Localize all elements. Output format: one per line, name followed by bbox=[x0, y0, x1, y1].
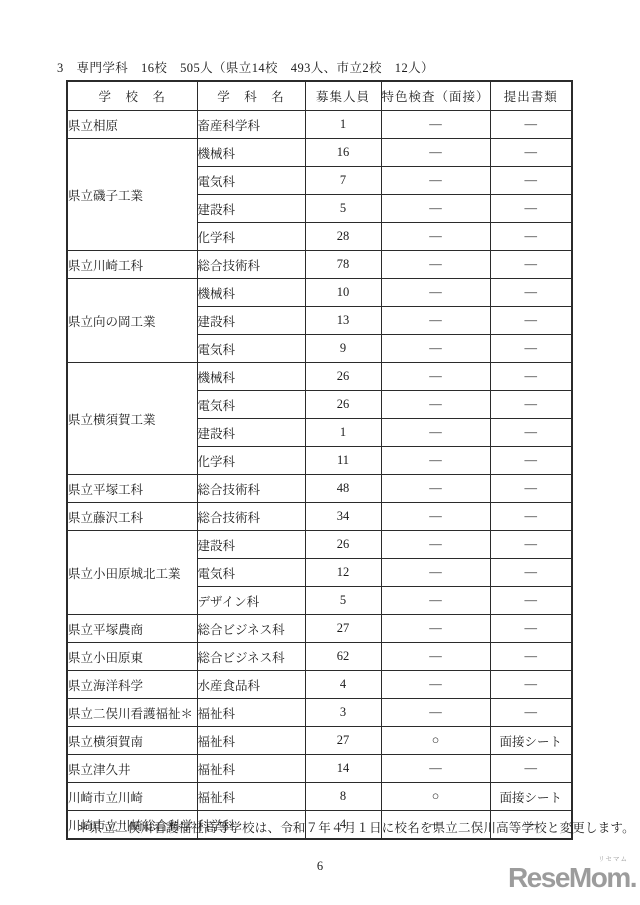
documents-cell: — bbox=[490, 195, 572, 223]
department-cell: 福祉科 bbox=[197, 783, 305, 811]
exam-cell: — bbox=[381, 391, 490, 419]
school-name-cell: 県立川崎工科 bbox=[67, 251, 197, 279]
department-cell: デザイン科 bbox=[197, 587, 305, 615]
capacity-cell: 16 bbox=[305, 139, 381, 167]
column-header: 特色検査（面接） bbox=[381, 81, 490, 111]
department-cell: 電気科 bbox=[197, 391, 305, 419]
capacity-cell: 28 bbox=[305, 223, 381, 251]
department-cell: 機械科 bbox=[197, 139, 305, 167]
exam-cell: ○ bbox=[381, 783, 490, 811]
exam-cell: — bbox=[381, 615, 490, 643]
table-header-row: 学 校 名学 科 名募集人員特色検査（面接）提出書類 bbox=[67, 81, 572, 111]
department-cell: 総合技術科 bbox=[197, 503, 305, 531]
department-cell: 総合ビジネス科 bbox=[197, 615, 305, 643]
documents-cell: — bbox=[490, 643, 572, 671]
department-cell: 水産食品科 bbox=[197, 671, 305, 699]
department-cell: 総合ビジネス科 bbox=[197, 643, 305, 671]
table-row: 県立藤沢工科総合技術科34—— bbox=[67, 503, 572, 531]
documents-cell: — bbox=[490, 447, 572, 475]
table-row: 県立二俣川看護福祉＊福祉科3—— bbox=[67, 699, 572, 727]
department-cell: 建設科 bbox=[197, 195, 305, 223]
column-header: 学 科 名 bbox=[197, 81, 305, 111]
capacity-cell: 34 bbox=[305, 503, 381, 531]
capacity-cell: 5 bbox=[305, 195, 381, 223]
capacity-cell: 1 bbox=[305, 419, 381, 447]
department-cell: 機械科 bbox=[197, 363, 305, 391]
department-cell: 建設科 bbox=[197, 419, 305, 447]
table-row: 県立横須賀南福祉科27○面接シート bbox=[67, 727, 572, 755]
department-cell: 化学科 bbox=[197, 223, 305, 251]
exam-cell: — bbox=[381, 195, 490, 223]
school-name-cell: 県立二俣川看護福祉＊ bbox=[67, 699, 197, 727]
school-name-cell: 県立磯子工業 bbox=[67, 139, 197, 251]
exam-cell: — bbox=[381, 671, 490, 699]
capacity-cell: 48 bbox=[305, 475, 381, 503]
document-page: 3 専門学科 16校 505人（県立14校 493人、市立2校 12人） 学 校… bbox=[0, 0, 640, 905]
documents-cell: — bbox=[490, 335, 572, 363]
capacity-cell: 78 bbox=[305, 251, 381, 279]
table-row: 県立横須賀工業機械科26—— bbox=[67, 363, 572, 391]
capacity-cell: 8 bbox=[305, 783, 381, 811]
school-name-cell: 県立平塚工科 bbox=[67, 475, 197, 503]
exam-cell: — bbox=[381, 111, 490, 139]
department-cell: 化学科 bbox=[197, 447, 305, 475]
capacity-cell: 7 bbox=[305, 167, 381, 195]
section-title: 3 専門学科 16校 505人（県立14校 493人、市立2校 12人） bbox=[57, 58, 434, 76]
capacity-cell: 11 bbox=[305, 447, 381, 475]
column-header: 学 校 名 bbox=[67, 81, 197, 111]
school-name-cell: 県立小田原城北工業 bbox=[67, 531, 197, 615]
capacity-cell: 26 bbox=[305, 363, 381, 391]
capacity-cell: 26 bbox=[305, 391, 381, 419]
table-row: 県立平塚農商総合ビジネス科27—— bbox=[67, 615, 572, 643]
documents-cell: — bbox=[490, 139, 572, 167]
exam-cell: — bbox=[381, 699, 490, 727]
department-cell: 電気科 bbox=[197, 335, 305, 363]
exam-cell: — bbox=[381, 503, 490, 531]
school-name-cell: 県立向の岡工業 bbox=[67, 279, 197, 363]
documents-cell: — bbox=[490, 167, 572, 195]
exam-cell: — bbox=[381, 643, 490, 671]
table-row: 県立小田原東総合ビジネス科62—— bbox=[67, 643, 572, 671]
exam-cell: — bbox=[381, 755, 490, 783]
capacity-cell: 3 bbox=[305, 699, 381, 727]
column-header: 提出書類 bbox=[490, 81, 572, 111]
exam-cell: — bbox=[381, 559, 490, 587]
table-row: 県立相原畜産科学科1—— bbox=[67, 111, 572, 139]
department-cell: 建設科 bbox=[197, 531, 305, 559]
school-name-cell: 川崎市立川崎 bbox=[67, 783, 197, 811]
department-cell: 総合技術科 bbox=[197, 251, 305, 279]
documents-cell: — bbox=[490, 559, 572, 587]
school-name-cell: 県立平塚農商 bbox=[67, 615, 197, 643]
table-row: 県立平塚工科総合技術科48—— bbox=[67, 475, 572, 503]
department-cell: 電気科 bbox=[197, 167, 305, 195]
exam-cell: — bbox=[381, 335, 490, 363]
department-cell: 福祉科 bbox=[197, 699, 305, 727]
table-row: 県立川崎工科総合技術科78—— bbox=[67, 251, 572, 279]
capacity-cell: 14 bbox=[305, 755, 381, 783]
department-cell: 福祉科 bbox=[197, 727, 305, 755]
department-cell: 畜産科学科 bbox=[197, 111, 305, 139]
exam-cell: — bbox=[381, 223, 490, 251]
capacity-cell: 27 bbox=[305, 615, 381, 643]
department-cell: 電気科 bbox=[197, 559, 305, 587]
department-cell: 総合技術科 bbox=[197, 475, 305, 503]
exam-cell: — bbox=[381, 531, 490, 559]
exam-cell: — bbox=[381, 447, 490, 475]
capacity-cell: 1 bbox=[305, 111, 381, 139]
capacity-cell: 62 bbox=[305, 643, 381, 671]
capacity-cell: 10 bbox=[305, 279, 381, 307]
documents-cell: — bbox=[490, 391, 572, 419]
documents-cell: — bbox=[490, 279, 572, 307]
department-cell: 建設科 bbox=[197, 307, 305, 335]
footnote: ＊県立二俣川看護福祉高等学校は、令和７年４月１日に校名を県立二俣川高等学校と変更… bbox=[77, 818, 635, 836]
exam-cell: — bbox=[381, 279, 490, 307]
documents-cell: — bbox=[490, 531, 572, 559]
documents-cell: — bbox=[490, 363, 572, 391]
logo-text: ReseMom. bbox=[508, 863, 636, 893]
school-name-cell: 県立横須賀南 bbox=[67, 727, 197, 755]
department-cell: 福祉科 bbox=[197, 755, 305, 783]
documents-cell: 面接シート bbox=[490, 783, 572, 811]
documents-cell: — bbox=[490, 223, 572, 251]
documents-cell: — bbox=[490, 671, 572, 699]
school-name-cell: 県立横須賀工業 bbox=[67, 363, 197, 475]
exam-cell: — bbox=[381, 475, 490, 503]
documents-cell: 面接シート bbox=[490, 727, 572, 755]
schools-table: 学 校 名学 科 名募集人員特色検査（面接）提出書類 県立相原畜産科学科1——県… bbox=[66, 80, 573, 840]
documents-cell: — bbox=[490, 755, 572, 783]
documents-cell: — bbox=[490, 475, 572, 503]
documents-cell: — bbox=[490, 503, 572, 531]
school-name-cell: 県立相原 bbox=[67, 111, 197, 139]
capacity-cell: 4 bbox=[305, 671, 381, 699]
exam-cell: — bbox=[381, 139, 490, 167]
table-row: 県立津久井福祉科14—— bbox=[67, 755, 572, 783]
documents-cell: — bbox=[490, 251, 572, 279]
school-name-cell: 県立藤沢工科 bbox=[67, 503, 197, 531]
exam-cell: — bbox=[381, 167, 490, 195]
capacity-cell: 26 bbox=[305, 531, 381, 559]
capacity-cell: 9 bbox=[305, 335, 381, 363]
documents-cell: — bbox=[490, 419, 572, 447]
exam-cell: — bbox=[381, 251, 490, 279]
documents-cell: — bbox=[490, 111, 572, 139]
table-row: 県立海洋科学水産食品科4—— bbox=[67, 671, 572, 699]
school-name-cell: 県立津久井 bbox=[67, 755, 197, 783]
capacity-cell: 27 bbox=[305, 727, 381, 755]
documents-cell: — bbox=[490, 307, 572, 335]
table-row: 県立小田原城北工業建設科26—— bbox=[67, 531, 572, 559]
resemom-logo: リセマム ReseMom. bbox=[508, 856, 636, 902]
department-cell: 機械科 bbox=[197, 279, 305, 307]
documents-cell: — bbox=[490, 699, 572, 727]
documents-cell: — bbox=[490, 587, 572, 615]
exam-cell: — bbox=[381, 363, 490, 391]
exam-cell: — bbox=[381, 307, 490, 335]
table-row: 県立向の岡工業機械科10—— bbox=[67, 279, 572, 307]
documents-cell: — bbox=[490, 615, 572, 643]
column-header: 募集人員 bbox=[305, 81, 381, 111]
capacity-cell: 12 bbox=[305, 559, 381, 587]
capacity-cell: 5 bbox=[305, 587, 381, 615]
exam-cell: ○ bbox=[381, 727, 490, 755]
exam-cell: — bbox=[381, 587, 490, 615]
exam-cell: — bbox=[381, 419, 490, 447]
capacity-cell: 13 bbox=[305, 307, 381, 335]
school-name-cell: 県立小田原東 bbox=[67, 643, 197, 671]
table-row: 県立磯子工業機械科16—— bbox=[67, 139, 572, 167]
school-name-cell: 県立海洋科学 bbox=[67, 671, 197, 699]
table-row: 川崎市立川崎福祉科8○面接シート bbox=[67, 783, 572, 811]
